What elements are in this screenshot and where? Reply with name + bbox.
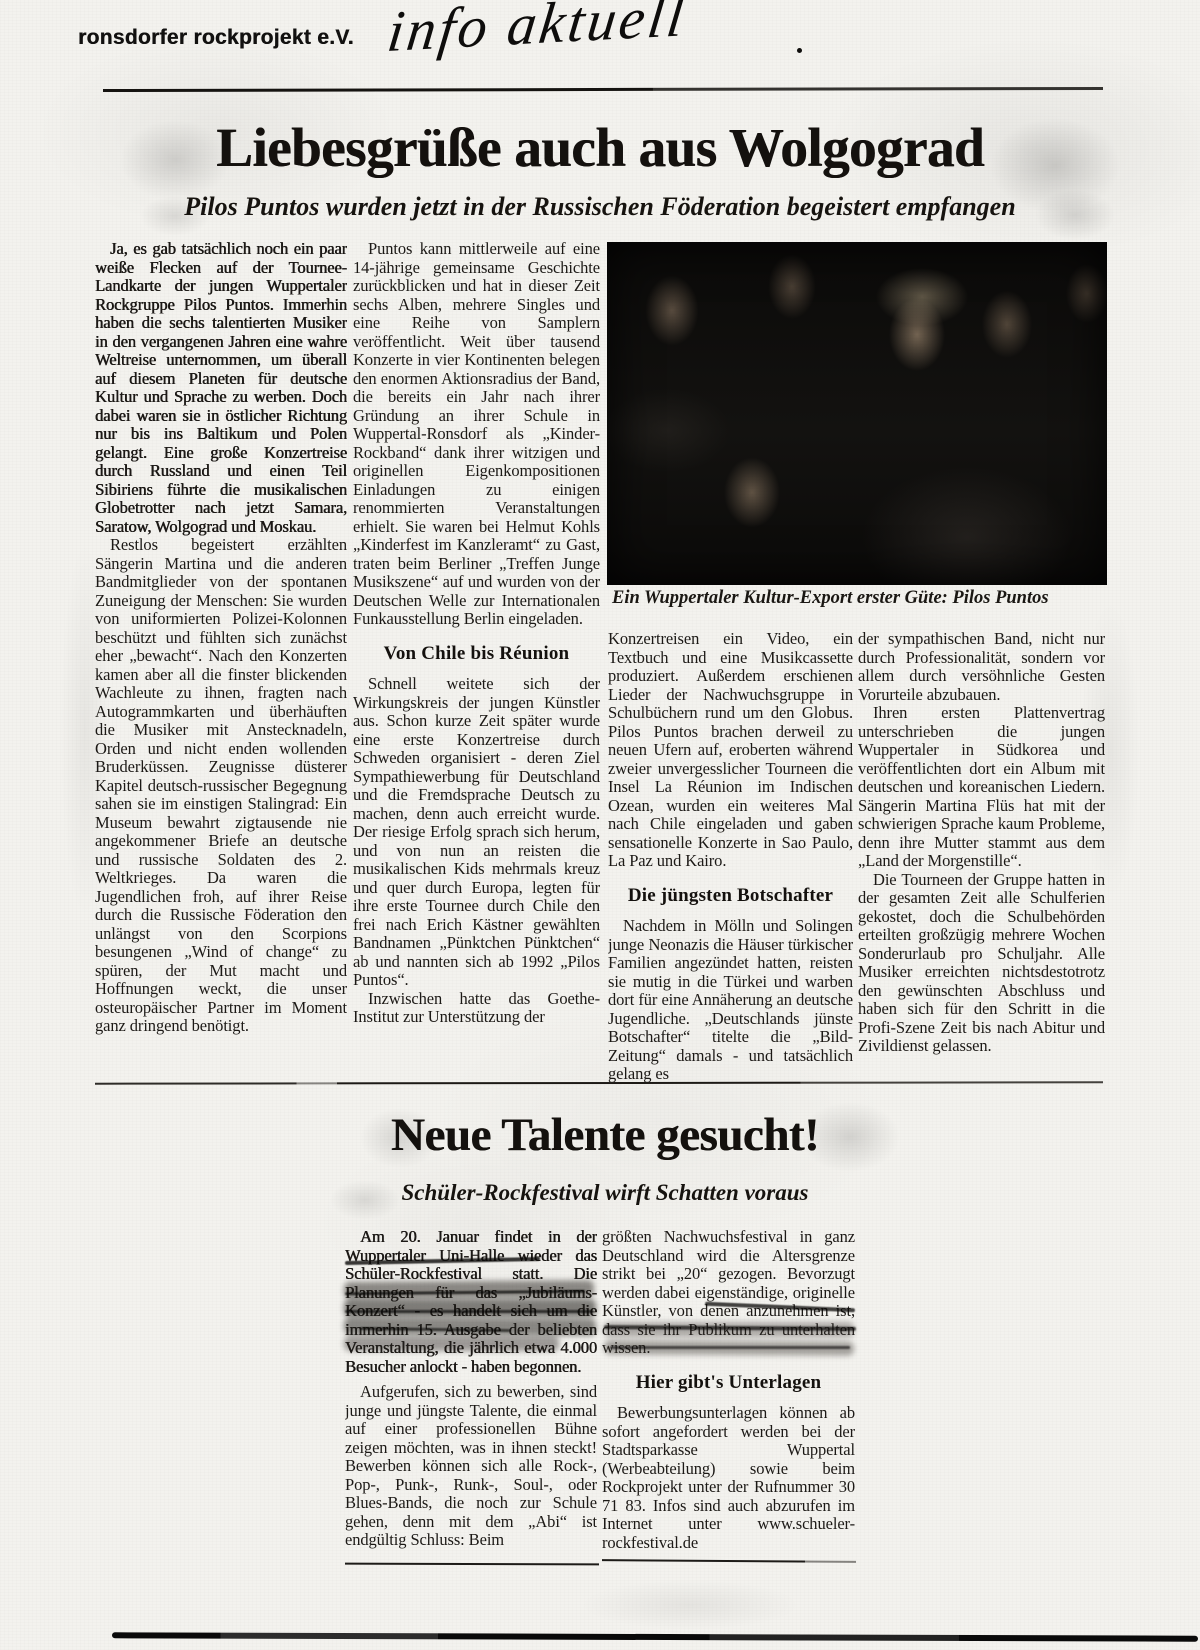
paragraph: Ja, es gab tatsächlich noch ein paar wei…	[95, 240, 347, 536]
paragraph: Restlos begeistert erzählten Sängerin Ma…	[95, 536, 347, 1036]
paragraph: Schnell weitete sich der Wirkungskreis d…	[353, 675, 600, 990]
paragraph: Nachdem in Mölln und Solingen junge Neon…	[608, 917, 853, 1082]
paragraph: Am 20. Januar findet in der Wuppertaler …	[345, 1228, 597, 1376]
article2-column-1: Am 20. Januar findet in der Wuppertaler …	[345, 1228, 597, 1566]
photo-caption: Ein Wuppertaler Kultur-Export erster Güt…	[612, 588, 1108, 609]
masthead-org: ronsdorfer rockprojekt e.V.	[78, 26, 354, 50]
article2-subheadline: Schüler-Rockfestival wirft Schatten vora…	[340, 1180, 870, 1206]
article1-column-1: Ja, es gab tatsächlich noch ein paar wei…	[95, 240, 347, 1085]
newspaper-scan-page: ronsdorfer rockprojekt e.V. info aktuell…	[0, 0, 1200, 1650]
article2-column-2: größten Nachwuchsfestival in ganz Deutsc…	[602, 1228, 855, 1570]
section-heading: Hier gibt's Unterlagen	[602, 1374, 855, 1393]
article1-column-2: Puntos kann mittlerweile auf eine 14-jäh…	[353, 240, 600, 1085]
paragraph: Puntos kann mittlerweile auf eine 14-jäh…	[353, 240, 600, 629]
paragraph: Konzertreisen ein Video, ein Textbuch un…	[608, 630, 853, 871]
paragraph: Bewerbungsunterlagen können ab sofort an…	[602, 1404, 855, 1552]
article1-column-4: der sympathischen Band, nicht nur durch …	[858, 630, 1105, 1082]
scan-edge-artifact	[112, 1632, 1198, 1641]
article1-headline: Liebesgrüße auch aus Wolgograd	[95, 116, 1105, 179]
paragraph: der sympathischen Band, nicht nur durch …	[858, 630, 1105, 704]
paragraph: Die Tourneen der Gruppe hatten in der ge…	[858, 871, 1105, 1056]
paragraph: Ihren ersten Plattenvertrag unterschrieb…	[858, 704, 1105, 871]
paragraph: größten Nachwuchsfestival in ganz Deutsc…	[602, 1228, 855, 1358]
section-heading: Die jüngsten Botschafter	[608, 887, 853, 906]
paragraph: Inzwischen hatte das Goethe-Institut zur…	[353, 990, 600, 1027]
handwritten-note: info aktuell	[384, 0, 690, 65]
article2-headline: Neue Talente gesucht!	[340, 1108, 870, 1162]
article1-column-3: Konzertreisen ein Video, ein Textbuch un…	[608, 630, 853, 1082]
paragraph: Aufgerufen, sich zu bewerben, sind junge…	[345, 1383, 597, 1550]
scan-blot	[580, 1580, 800, 1630]
band-photo	[607, 242, 1107, 585]
header-rule	[103, 87, 1103, 92]
article1-subheadline: Pilos Puntos wurden jetzt in der Russisc…	[95, 192, 1105, 222]
section-heading: Von Chile bis Réunion	[353, 645, 600, 664]
ink-dot	[797, 48, 802, 53]
